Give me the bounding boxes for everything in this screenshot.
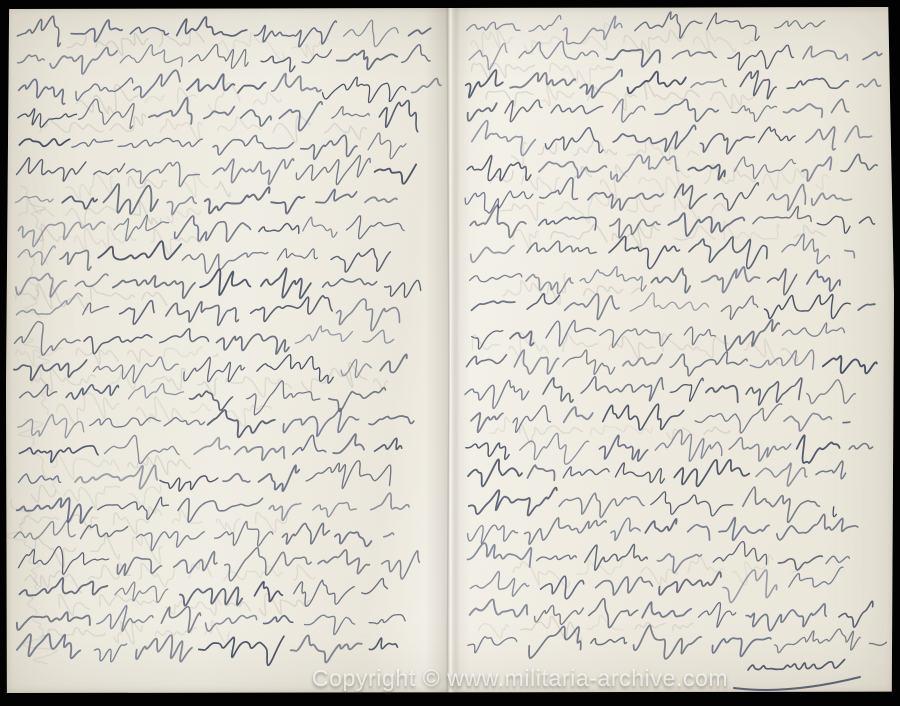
paper-grain — [6, 7, 894, 693]
letter-paper — [6, 7, 894, 693]
handwriting-layer — [6, 7, 894, 693]
scanned-letter: Copyright © www.militaria-archive.com — [0, 0, 900, 706]
